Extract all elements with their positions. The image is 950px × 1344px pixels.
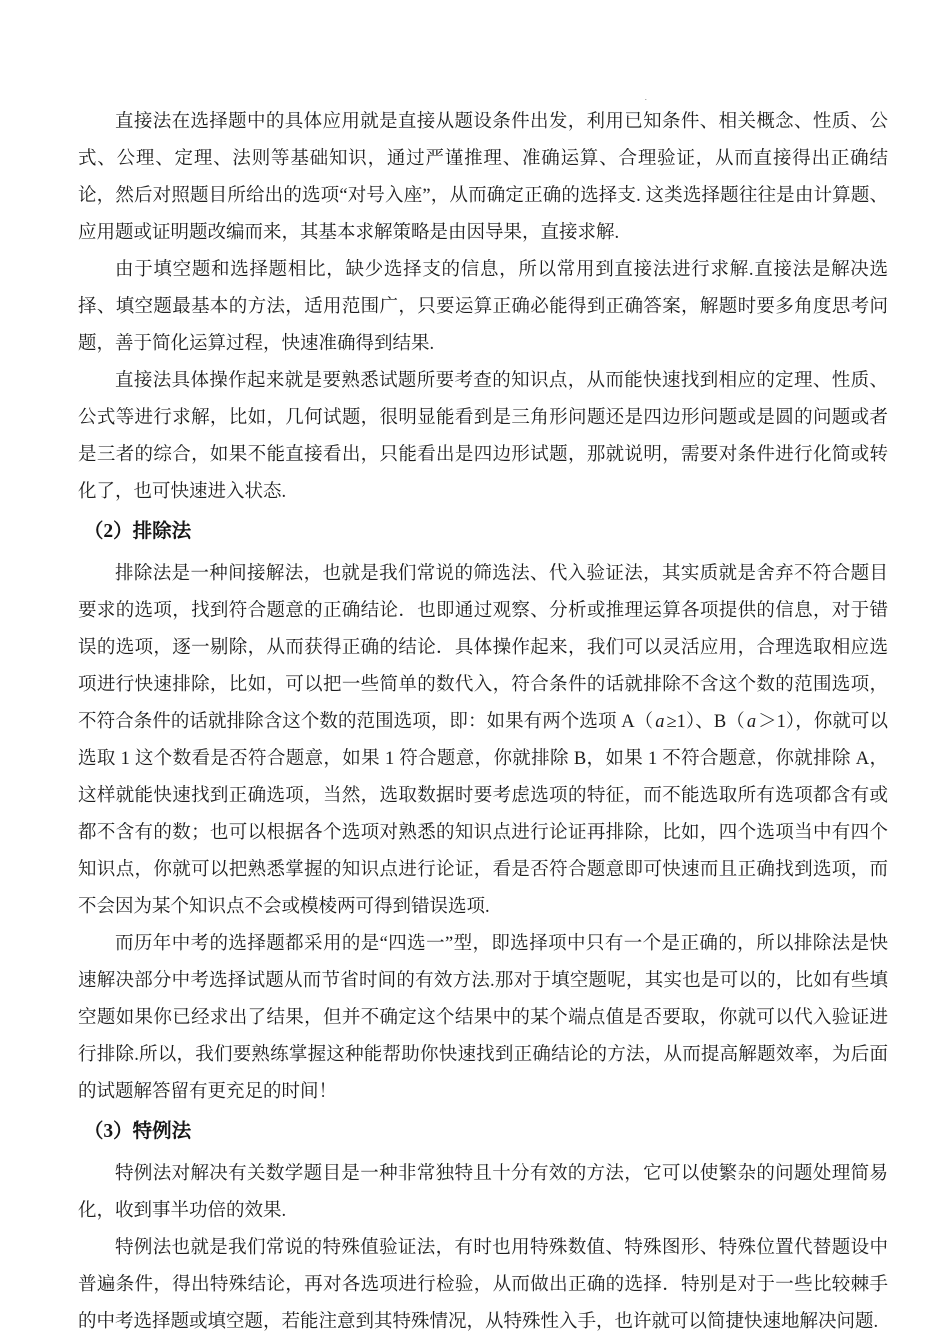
math-variable-a-1: a bbox=[653, 712, 666, 732]
document-page: . 直接法在选择题中的具体应用就是直接从题设条件出发，利用已知条件、相关概念、性… bbox=[0, 0, 950, 1344]
heading-method-2-elimination: （2）排除法 bbox=[78, 511, 888, 556]
math-variable-a-2: a bbox=[745, 712, 758, 732]
paragraph-elimination-four-choose-one: 而历年中考的选择题都采用的是“四选一”型，即选择项中只有一个是正确的，所以排除法… bbox=[78, 926, 888, 1111]
paragraph-direct-method-fill-blank: 由于填空题和选择题相比，缺少选择支的信息，所以常用到直接法进行求解.直接法是解决… bbox=[78, 252, 888, 363]
paragraph-direct-method-application: 直接法在选择题中的具体应用就是直接从题设条件出发，利用已知条件、相关概念、性质、… bbox=[78, 104, 888, 252]
heading-method-3-special-case: （3）特例法 bbox=[78, 1111, 888, 1156]
paragraph-special-case-detail: 特例法也就是我们常说的特殊值验证法，有时也用特殊数值、特殊图形、特殊位置代替题设… bbox=[78, 1230, 888, 1341]
document-body: 直接法在选择题中的具体应用就是直接从题设条件出发，利用已知条件、相关概念、性质、… bbox=[78, 104, 888, 1341]
paragraph-elimination-method-detail: 排除法是一种间接解法，也就是我们常说的筛选法、代入验证法，其实质就是舍弃不符合题… bbox=[78, 556, 888, 926]
paragraph-special-case-intro: 特例法对解决有关数学题目是一种非常独特且十分有效的方法，它可以使繁杂的问题处理简… bbox=[78, 1156, 888, 1230]
elimination-text-segment-2: ≥1）、B（ bbox=[666, 712, 744, 732]
paragraph-direct-method-operation: 直接法具体操作起来就是要熟悉试题所要考查的知识点，从而能快速找到相应的定理、性质… bbox=[78, 363, 888, 511]
elimination-text-segment-3: ＞1），你就可以选取 1 这个数看是否符合题意，如果 1 符合题意，你就排除 B… bbox=[78, 712, 888, 917]
stray-period-mark: . bbox=[644, 96, 648, 100]
elimination-text-segment-1: 排除法是一种间接解法，也就是我们常说的筛选法、代入验证法，其实质就是舍弃不符合题… bbox=[78, 564, 888, 732]
